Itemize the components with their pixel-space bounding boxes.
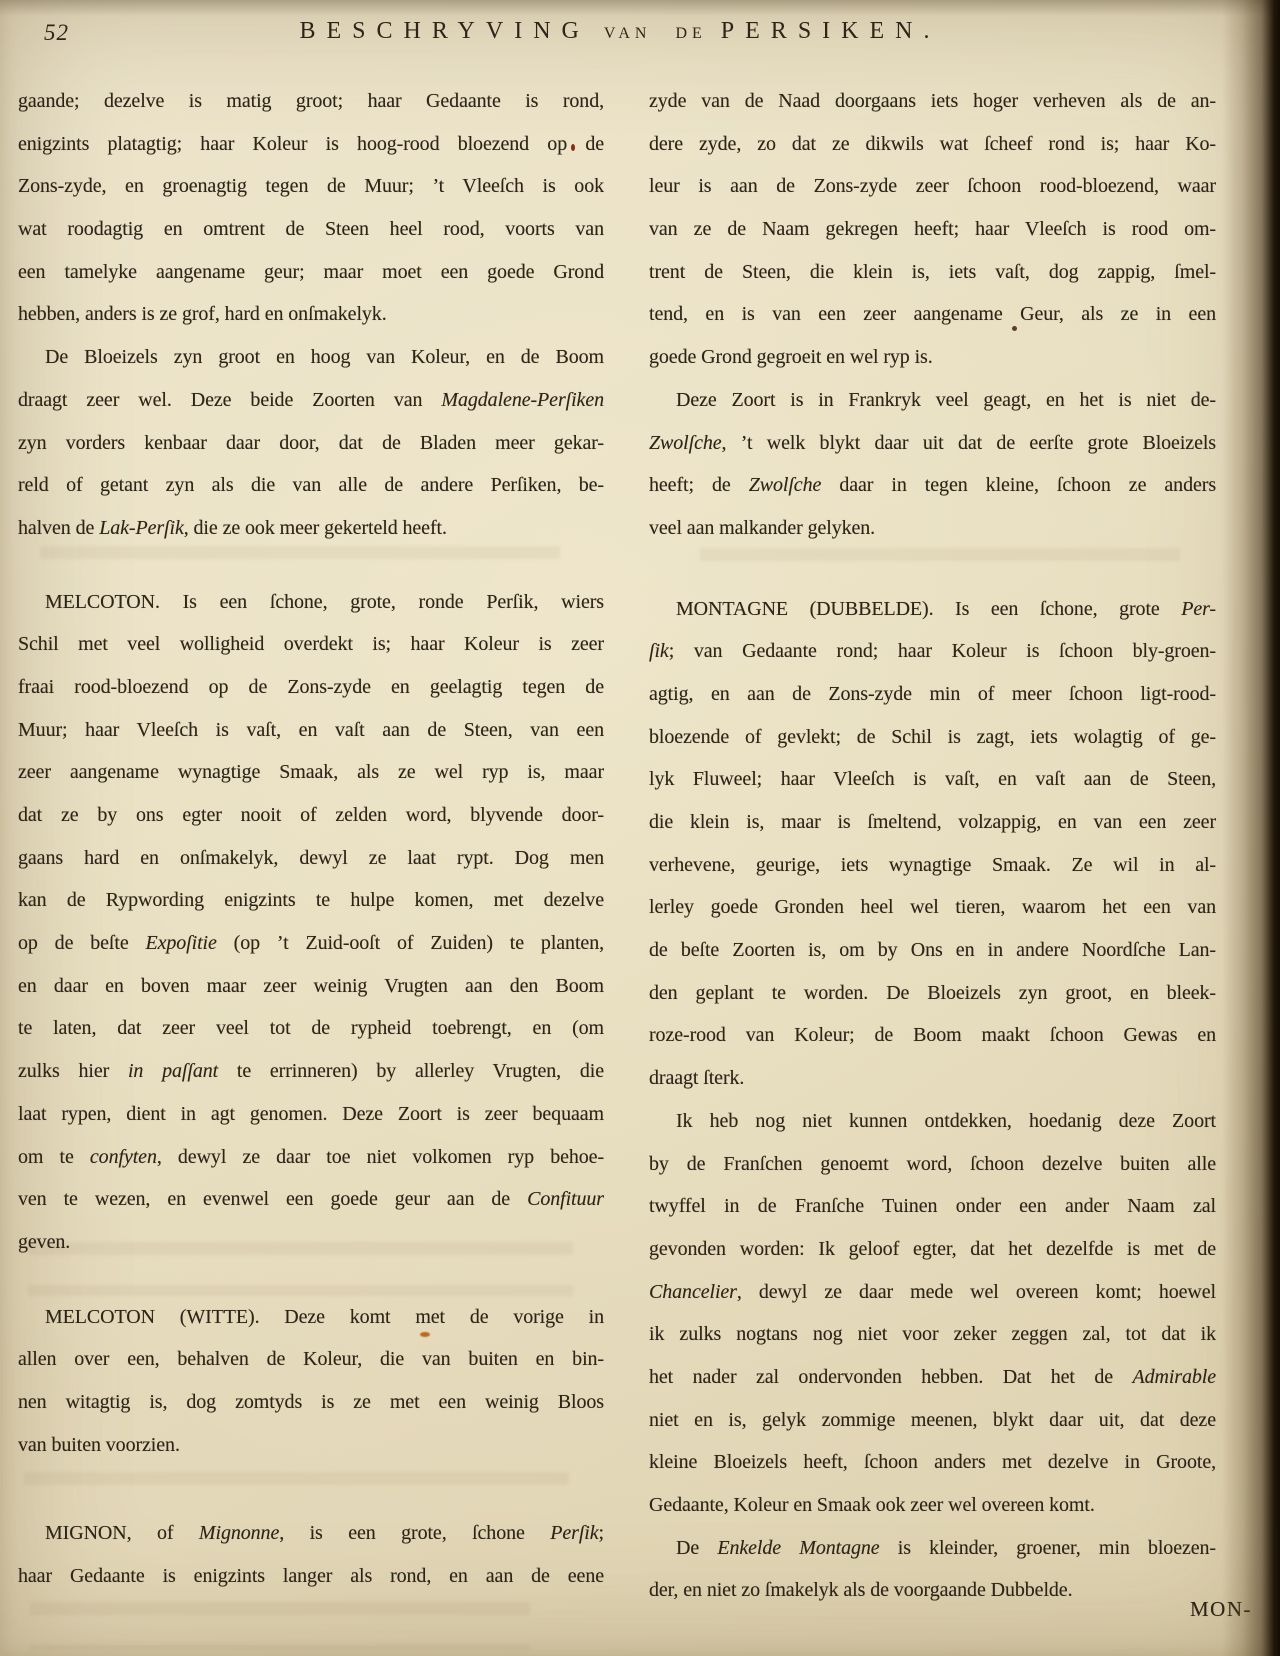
text-line: van buiten voorzien. [18,1424,604,1467]
text-line: een tamelyke aangename geur; maar moet e… [18,251,604,294]
paragraph: gaande; dezelve is matig groot; haar Ged… [18,80,604,336]
text-line: MONTAGNE (DUBBELDE). Is een ſchone, grot… [649,588,1216,631]
text-line: tend, en is van een zeer aangename Geur,… [649,293,1216,336]
text-line: der, en niet zo ſmakelyk als de voorgaan… [649,1569,1216,1612]
text-line: draagt zeer wel. Deze beide Zoorten van … [18,379,604,422]
running-title-word: VAN [604,25,652,42]
text-line: zyn vorders kenbaar daar door, dat de Bl… [18,422,604,465]
text-line: leur is aan de Zons-zyde zeer ſchoon roo… [649,165,1216,208]
text-line: en daar en boven maar zeer weinig Vrugte… [18,965,604,1008]
text-line: zulks hier in paſſant te errinneren) by … [18,1050,604,1093]
text-line: halven de Lak-Perſik, die ze ook meer ge… [18,507,604,550]
text-line: die klein is, maar is ſmeltend, volzappi… [649,801,1216,844]
text-line: by de Franſchen genoemt word, ſchoon dez… [649,1143,1216,1186]
left-column: gaande; dezelve is matig groot; haar Ged… [18,80,604,1598]
running-title-word: BESCHRYVING [300,18,590,44]
paragraph: De Bloeizels zyn groot en hoog van Koleu… [18,336,604,549]
text-line: trent de Steen, die klein is, iets vaſt,… [649,251,1216,294]
text-line: MELCOTON. Is een ſchone, grote, ronde Pe… [18,581,604,624]
text-line: om te confyten, dewyl ze daar toe niet v… [18,1136,604,1179]
text-line: ik zulks nogtans nog niet voor zeker zeg… [649,1313,1216,1356]
paragraph: zyde van de Naad doorgaans iets hoger ve… [649,80,1216,379]
text-line: kleine Bloeizels heeft, ſchoon anders me… [649,1441,1216,1484]
text-line: gevonden worden: Ik geloof egter, dat he… [649,1228,1216,1271]
text-line: ven te wezen, en evenwel een goede geur … [18,1178,604,1221]
text-line: bloezende of gevlekt; de Schil is zagt, … [649,716,1216,759]
paragraph: MONTAGNE (DUBBELDE). Is een ſchone, grot… [649,588,1216,1100]
paragraph: MELCOTON (WITTE). Deze komt met de vorig… [18,1296,604,1467]
text-line: goede Grond gegroeit en wel ryp is. [649,336,1216,379]
text-line: wat roodagtig en omtrent de Steen heel r… [18,208,604,251]
text-line: Muur; haar Vleeſch is vaſt, en vaſt aan … [18,709,604,752]
running-title-word: PERSIKEN. [721,18,941,44]
text-line: het nader zal ondervonden hebben. Dat he… [649,1356,1216,1399]
page-edge-shadow [1222,0,1280,1656]
text-line: heeft; de Zwolſche daar in tegen kleine,… [649,464,1216,507]
text-line: De Bloeizels zyn groot en hoog van Koleu… [18,336,604,379]
text-line: niet en is, gelyk zommige meenen, blykt … [649,1399,1216,1442]
text-line: dere zyde, zo dat ze dikwils wat ſcheef … [649,123,1216,166]
text-line: Ik heb nog niet kunnen ontdekken, hoedan… [649,1100,1216,1143]
text-line: de beſte Zoorten is, om by Ons en in and… [649,929,1216,972]
right-column: zyde van de Naad doorgaans iets hoger ve… [649,80,1216,1612]
running-title-word: DE [675,25,706,42]
paragraph: MELCOTON. Is een ſchone, grote, ronde Pe… [18,581,604,1264]
text-line: hebben, anders is ze grof, hard en onſma… [18,293,604,336]
page-top-shadow [0,0,1280,16]
text-line: geven. [18,1221,604,1264]
text-line: fraai rood-bloezend op de Zons-zyde en g… [18,666,604,709]
text-line: dat ze by ons egter nooit of zelden word… [18,794,604,837]
text-line: lerley goede Gronden heel wel tieren, wa… [649,886,1216,929]
text-line: reld of getant zyn als die van alle de a… [18,464,604,507]
text-line: Zwolſche, ’t welk blykt daar uit dat de … [649,422,1216,465]
text-line: Gedaante, Koleur en Smaak ook zeer wel o… [649,1484,1216,1527]
text-line: twyffel in de Franſche Tuinen onder een … [649,1185,1216,1228]
text-line: verhevene, geurige, iets wynagtige Smaak… [649,844,1216,887]
text-line: haar Gedaante is enigzints langer als ro… [18,1555,604,1598]
text-line: enigzints platagtig; haar Koleur is hoog… [18,123,604,166]
text-line: nen witagtig is, dog zomtyds is ze met e… [18,1381,604,1424]
text-line: zyde van de Naad doorgaans iets hoger ve… [649,80,1216,123]
text-line: op de beſte Expoſitie (op ’t Zuid-ooſt o… [18,922,604,965]
text-line: ſik; van Gedaante rond; haar Koleur is ſ… [649,630,1216,673]
text-line: lyk Fluweel; haar Vleeſch is vaſt, en va… [649,758,1216,801]
text-line: allen over een, behalven de Koleur, die … [18,1338,604,1381]
text-line: gaande; dezelve is matig groot; haar Ged… [18,80,604,123]
text-line: te laten, dat zeer veel tot de rypheid t… [18,1007,604,1050]
text-line: Chancelier, dewyl ze daar mede wel overe… [649,1271,1216,1314]
text-line: van ze de Naam gekregen heeft; haar Vlee… [649,208,1216,251]
running-title: BESCHRYVING VAN DE PERSIKEN. [0,18,1240,45]
text-line: MELCOTON (WITTE). Deze komt met de vorig… [18,1296,604,1339]
text-line: den geplant te worden. De Bloeizels zyn … [649,972,1216,1015]
text-line: agtig, en aan de Zons-zyde min of meer ſ… [649,673,1216,716]
text-line: Schil met veel wolligheid overdekt is; h… [18,623,604,666]
text-line: MIGNON, of Mignonne, is een grote, ſchon… [18,1512,604,1555]
paragraph: De Enkelde Montagne is kleinder, groener… [649,1527,1216,1612]
text-line: gaans hard en onſmakelyk, dewyl ze laat … [18,837,604,880]
text-line: draagt ſterk. [649,1057,1216,1100]
paragraph: Deze Zoort is in Frankryk veel geagt, en… [649,379,1216,550]
text-line: laat rypen, dient in agt genomen. Deze Z… [18,1093,604,1136]
text-line: zeer aangename wynagtige Smaak, als ze w… [18,751,604,794]
paragraph: Ik heb nog niet kunnen ontdekken, hoedan… [649,1100,1216,1527]
catchword: MON- [1190,1597,1252,1622]
paragraph: MIGNON, of Mignonne, is een grote, ſchon… [18,1512,604,1597]
text-line: veel aan malkander gelyken. [649,507,1216,550]
text-line: roze-rood van Koleur; de Boom maakt ſcho… [649,1014,1216,1057]
text-line: kan de Rypwording enigzints te hulpe kom… [18,879,604,922]
text-line: Zons-zyde, en groenagtig tegen de Muur; … [18,165,604,208]
text-line: De Enkelde Montagne is kleinder, groener… [649,1527,1216,1570]
show-through [30,1602,530,1650]
text-line: Deze Zoort is in Frankryk veel geagt, en… [649,379,1216,422]
